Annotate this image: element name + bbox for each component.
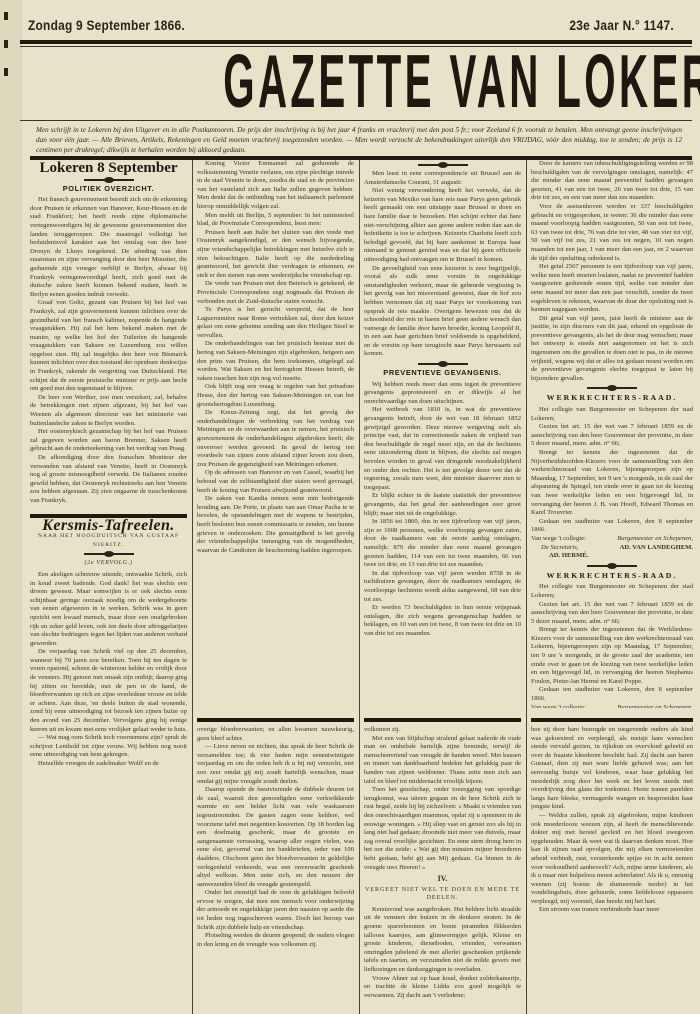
paragraph: Een akeligen schreeuw uitende, ontwaakte…	[30, 571, 187, 648]
column-3-news: Men leest in eene correspondencie uit Br…	[364, 160, 521, 708]
column-4: Door de kamers van inbeschuldigingstelli…	[531, 160, 693, 1014]
paragraph: Men leest in eene correspondencie uit Br…	[364, 170, 521, 187]
binding-mark	[4, 40, 8, 48]
masthead-title-text: GAZETTE VAN LOKEREN.	[223, 46, 700, 117]
paragraph: Het collegie van Burgemeester en Schepen…	[531, 406, 693, 423]
feuilleton-rule	[197, 718, 354, 722]
paragraph: De zaken van Kandia nemen eene min bedre…	[197, 495, 354, 555]
paragraph: Gezien het art. 15 der wet van 7 februar…	[531, 423, 693, 449]
paragraph: hoe zij door hare bezorgde en toegevende…	[531, 726, 693, 812]
paragraph: Onder het etenstijd had de oom de gelukk…	[197, 889, 354, 932]
paragraph: Te Parys is het gerucht verspreid, dat d…	[197, 306, 354, 340]
ornament-divider	[587, 565, 637, 567]
column-1: Lokeren 8 September POLITIEK OVERZICHT. …	[30, 160, 187, 1014]
paragraph: Daarop opende de feestvierende de dubbel…	[197, 786, 354, 889]
paragraph: Er blijkt echter in de laatste statistie…	[364, 492, 521, 518]
section-heading-political: POLITIEK OVERZICHT.	[30, 185, 187, 194]
paragraph: — Lieve neven en nichten, dus sprak de h…	[197, 743, 354, 786]
paragraph: Gezien het art. 15 der wet van 7 februar…	[531, 601, 693, 627]
masthead-rule-bottom	[20, 120, 692, 121]
issue-number: 23e Jaar N.° 1147.	[569, 17, 674, 33]
paragraph: Gedaan ten stadhuize van Lokeren, den 8 …	[531, 686, 693, 703]
paragraph: De Kreuz-Zeitung zegt, dat het gevolg de…	[197, 409, 354, 469]
column-separator	[526, 160, 527, 1014]
paragraph: Door de kamers van inbeschuldigingstelli…	[531, 160, 693, 203]
paragraph: In dat tijdverloop van vijf jaren werden…	[364, 570, 521, 604]
column-separator	[192, 160, 193, 1014]
paragraph: Het collegie van Burgemeester en Schepen…	[531, 583, 693, 600]
paragraph: Vrouw Ahner zat op haar koud, donker zol…	[364, 975, 521, 1001]
feuilleton-rule	[364, 718, 521, 722]
paragraph: Toen het gezelschap, onder toezegging va…	[364, 786, 521, 872]
subscription-notice: Men schrijft in te Lokeren bij den Uitge…	[36, 125, 682, 155]
column-4-news: Door de kamers van inbeschuldigingstelli…	[531, 160, 693, 708]
paragraph: In 1856 tot 1860, dus in een tijdverloop…	[364, 518, 521, 570]
paragraph: volkomen zij.	[364, 726, 521, 735]
paragraph: Het wetboek van 1810 is, in wat de preve…	[364, 406, 521, 492]
signature-label: Van wege 't collegie:	[531, 704, 586, 708]
column-3: Men leest in eene correspondencie uit Br…	[364, 160, 521, 1014]
local-dateline: Lokeren 8 September	[30, 164, 187, 173]
paragraph: Wij hebben reeds meer dan eens tegen de …	[364, 381, 521, 407]
column-2: Koning Victor Emmanuel zal gedurende de …	[197, 160, 354, 1014]
paragraph: Kerstavond was aangebroken. Het heldere …	[364, 906, 521, 975]
chapter-title: VERGEET NIET WEL TE DOEN EN MEDE TE DEEL…	[364, 886, 521, 903]
paragraph: Hetzelfde vroegen de zadelmaker Wolff en…	[30, 760, 187, 769]
paragraph: Op de adressen van Hanover en van Cassel…	[197, 469, 354, 495]
signature-role: De Secretaris,	[531, 544, 578, 553]
column-separator	[359, 160, 360, 1014]
paragraph: Brengt ter kennis der ingezetenen dat de…	[531, 449, 693, 518]
notice-heading: WERKRECHTERS-RAAD.	[531, 394, 693, 403]
ornament-divider	[84, 179, 134, 181]
notice-heading: WERKRECHTERS-RAAD.	[531, 572, 693, 581]
paragraph: Niet weinig verwondering heeft het verwe…	[364, 187, 521, 264]
paragraph: Men meldt uit Berlijn, 5 september: In h…	[197, 212, 354, 229]
article-columns: Lokeren 8 September POLITIEK OVERZICHT. …	[30, 160, 698, 1014]
page-binding-edge	[0, 0, 23, 1014]
paragraph: Met een van blijdschap stralend gelaat n…	[364, 735, 521, 787]
paragraph: Het fransch gouvernement bereidt zich om…	[30, 196, 187, 299]
paragraph: — Weldra zullen, sprak zij afgebroken, m…	[531, 812, 693, 907]
paragraph: Dit getal van vijf jaren, juist heeft de…	[531, 315, 693, 384]
column-2-news: Koning Victor Emmanuel zal gedurende de …	[197, 160, 354, 708]
signature-name: AD. HERMÉ.	[531, 552, 588, 561]
paragraph: Koning Victor Emmanuel zal gedurende de …	[197, 160, 354, 212]
signature-name: AD. VAN LANDEGHEM.	[620, 544, 693, 553]
issue-date: Zondag 9 September 1866.	[28, 17, 185, 33]
feuilleton-subtitle: NAAR HET HOOGDUITSCH VAN GUSTAAF NIERITZ…	[30, 532, 187, 549]
signature-label: Van wege 't collegie:	[531, 535, 586, 544]
paragraph: Er werden 73 beschuldigden in hun eerste…	[364, 604, 521, 638]
dateline: Zondag 9 September 1866. 23e Jaar N.° 11…	[28, 14, 674, 36]
paragraph: De verjaardag van Schrik viel op den 25 …	[30, 648, 187, 734]
paragraph: Pruisen heeft aan Italie het sluiten van…	[197, 229, 354, 281]
ornament-divider	[587, 387, 637, 389]
feuilleton-title: Kersmis-Tafreelen.	[30, 522, 187, 531]
paragraph: overige bloedverwanten; en allen kwamen …	[197, 726, 354, 743]
paragraph: De onderhandelingen van het pruisisch be…	[197, 340, 354, 383]
paragraph: Ook blijft nog een vraag te regelen van …	[197, 383, 354, 409]
feuilleton-continued: (2e VERVOLG.)	[30, 559, 187, 568]
signature-role: Burgemeester en Schepenen,	[617, 704, 693, 708]
notice-signature: Van wege 't collegie: Burgemeester en Sc…	[531, 704, 693, 708]
paragraph: Het getal 2567 personen is een tijdverlo…	[531, 263, 693, 315]
signature-role: Burgemeester en Schepenen,	[617, 535, 693, 544]
paragraph: De afkondiging door den franschen Monite…	[30, 454, 187, 506]
paragraph: Gedaan ten stadhuize van Lokeren, den 8 …	[531, 518, 693, 535]
feuilleton-rule	[531, 718, 693, 722]
paragraph: Plotseling werden de deuren geopend; de …	[197, 932, 354, 949]
notice-signature: AD. HERMÉ.	[531, 552, 693, 561]
paragraph: Een stroom van tranen verhinderde haar m…	[531, 906, 693, 915]
ornament-divider	[418, 363, 468, 365]
notice-signature: Van wege 't collegie: Burgemeester en Sc…	[531, 535, 693, 544]
ornament-divider	[418, 164, 468, 166]
chapter-number: IV.	[364, 875, 521, 884]
masthead-title: GAZETTE VAN LOKEREN.	[0, 48, 700, 116]
paragraph: Brengt ter kennis der ingezetenen dat de…	[531, 626, 693, 686]
paragraph: Het oostenrykisch gezantschap bij het ho…	[30, 428, 187, 454]
notice-signature: De Secretaris, AD. VAN LANDEGHEM.	[531, 544, 693, 553]
paragraph: De gevoeligheid van eene keizerin is zee…	[364, 265, 521, 360]
paragraph: Voor de assisenhoven werden er 337 besch…	[531, 203, 693, 263]
paragraph: De heer von Werther, zoo men verzekert, …	[30, 394, 187, 428]
binding-mark	[4, 12, 8, 20]
paragraph: De vrede van Pruisen met den Beiersch is…	[197, 280, 354, 306]
paragraph: — Wat mag oom Schrik toch voornemens zij…	[30, 734, 187, 760]
paragraph: Graaf von Goltz, gezant van Pruisen bij …	[30, 299, 187, 394]
ornament-divider	[84, 553, 134, 555]
section-heading-preventive: PREVENTIEVE GEVANGENIS.	[364, 369, 521, 378]
